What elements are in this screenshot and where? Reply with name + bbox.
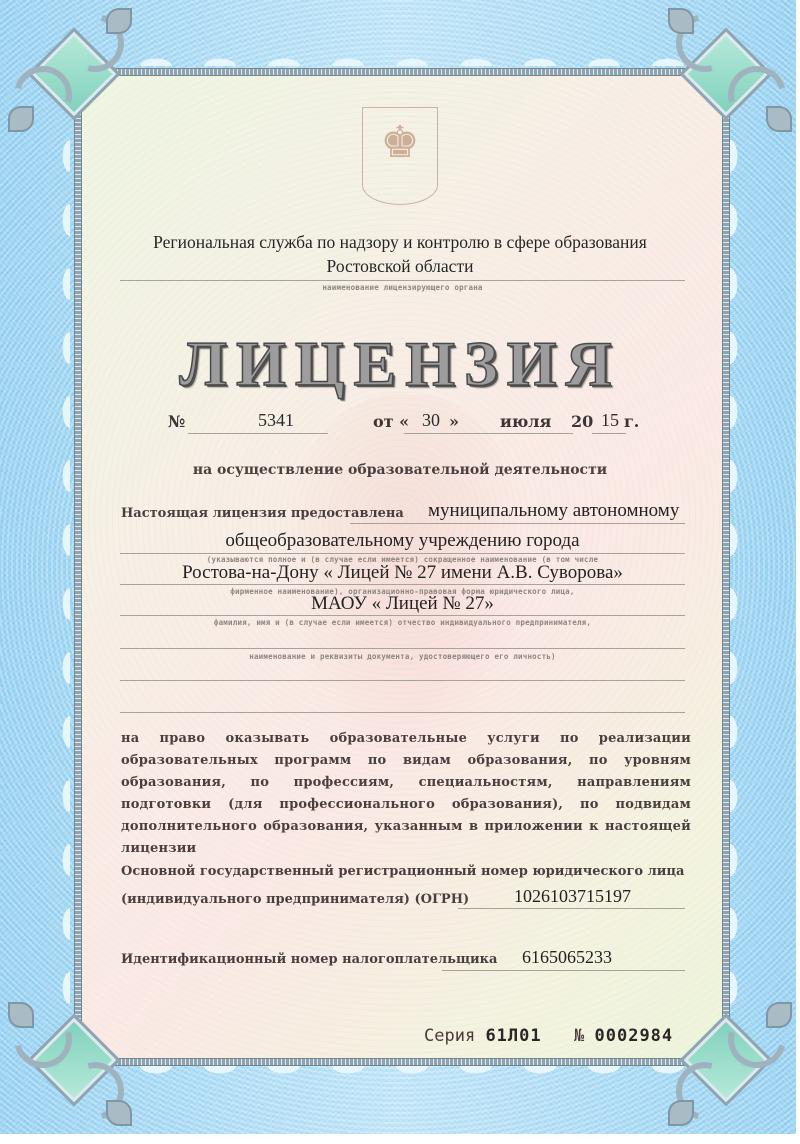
underline	[120, 615, 685, 616]
grantee-caption-3: фамилия, имя и (в случае если имеется) о…	[120, 618, 685, 627]
issuing-authority-line1: Региональная служба по надзору и контрол…	[100, 230, 700, 254]
series-value: 61Л01	[485, 1026, 541, 1046]
year-prefix: 20	[571, 412, 593, 431]
inner-frame-top	[74, 68, 730, 76]
number-label: №	[168, 412, 185, 431]
guilloche-border-right	[730, 60, 756, 1054]
guilloche-border-left	[46, 60, 72, 1054]
license-rights-text: на право оказывать образовательные услуг…	[121, 728, 691, 860]
corner-ornament-icon	[664, 6, 794, 136]
grantee-line1: муниципальному автономному	[428, 500, 679, 522]
grantee-line4: МАОУ « Лицей № 27»	[120, 593, 685, 615]
license-year: 15	[601, 410, 619, 431]
license-number: 5341	[258, 410, 294, 431]
underline	[120, 680, 685, 681]
guilloche-border-top	[60, 42, 736, 66]
date-prefix: от «	[373, 412, 409, 431]
license-activity: на осуществление образовательной деятель…	[100, 462, 700, 478]
series-label: Серия	[424, 1026, 475, 1046]
grantee-caption-4: наименование и реквизиты документа, удос…	[120, 652, 685, 661]
corner-ornament-icon	[664, 998, 794, 1128]
underline	[489, 433, 573, 434]
underline	[120, 553, 685, 554]
underline	[442, 970, 685, 971]
inn-label: Идентификационный номер налогоплательщик…	[121, 952, 497, 967]
corner-ornament-icon	[6, 6, 136, 136]
blank-number-label: №	[574, 1026, 584, 1046]
grantee-label: Настоящая лицензия предоставлена	[121, 506, 404, 521]
underline	[350, 523, 685, 524]
underline	[120, 712, 685, 713]
underline	[404, 433, 489, 434]
inn-value: 6165065233	[522, 947, 612, 968]
grantee-line2: общеобразовательному учреждению города	[120, 530, 685, 552]
date-day-suffix: »	[449, 412, 459, 431]
underline	[120, 584, 685, 585]
ogrn-label-line2: (индивидуального предпринимателя) (ОГРН)	[121, 892, 469, 907]
russian-coat-of-arms-icon: ♚	[362, 107, 438, 205]
blank-number-value: 0002984	[595, 1026, 674, 1046]
issuing-authority: Региональная служба по надзору и контрол…	[100, 230, 700, 278]
inner-frame-right	[722, 68, 730, 1066]
underline	[188, 433, 328, 434]
coat-of-arms-watermark-icon	[280, 395, 530, 775]
underline	[458, 908, 685, 909]
license-day: 30	[422, 410, 440, 431]
grantee-line3: Ростова-на-Дону « Лицей № 27 имени А.В. …	[120, 562, 685, 584]
year-suffix: г.	[624, 412, 639, 431]
guilloche-border-bottom	[60, 1066, 736, 1090]
issuing-authority-caption: наименование лицензирующего органа	[120, 283, 685, 292]
underline	[120, 648, 685, 649]
ogrn-label-line1: Основной государственный регистрационный…	[121, 864, 684, 879]
underline	[592, 433, 626, 434]
inner-frame-bottom	[74, 1058, 730, 1066]
document-title: ЛИЦЕНЗИЯ	[100, 332, 700, 396]
ogrn-value: 1026103715197	[514, 886, 631, 907]
underline	[120, 280, 685, 281]
issuing-authority-line2: Ростовской области	[100, 254, 700, 278]
inner-frame-left	[74, 68, 82, 1066]
corner-ornament-icon	[6, 998, 136, 1128]
license-month: июля	[500, 412, 551, 431]
